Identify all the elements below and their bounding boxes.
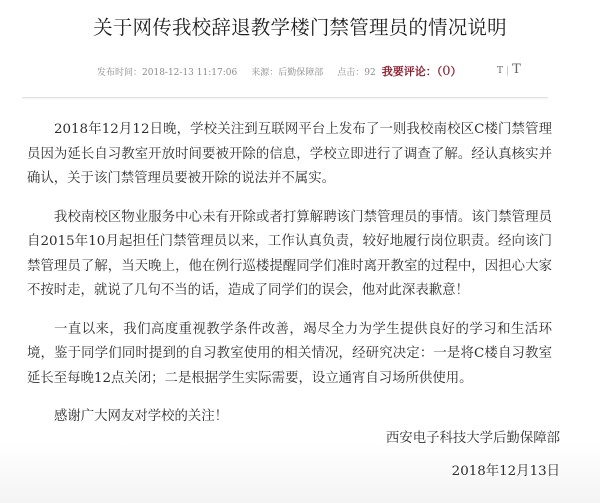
source-value: 后勤保障部 xyxy=(278,68,323,78)
article-page: 关于网传我校辞退教学楼门禁管理员的情况说明 发布时间：2018-12-13 11… xyxy=(0,0,600,503)
publish-time-value: 2018-12-13 11:17:06 xyxy=(142,68,237,78)
comment-link[interactable]: 我要评论：（0） xyxy=(382,63,462,79)
paragraph-4: 感谢广大网友对学校的关注！ xyxy=(27,405,552,430)
header-divider xyxy=(22,97,548,98)
comment-paren-close: ） xyxy=(450,65,461,78)
paragraph-2: 我校南校区物业服务中心未有开除或者打算解聘该门禁管理员的事情。该门禁管理员自20… xyxy=(27,206,552,304)
click-count-label: 点击： xyxy=(337,68,364,78)
source: 来源：后勤保障部 xyxy=(251,65,323,78)
font-size-controls: T | T xyxy=(497,62,521,77)
font-size-separator: | xyxy=(506,66,509,76)
publish-time: 发布时间：2018-12-13 11:17:06 xyxy=(97,65,237,78)
font-size-small-button[interactable]: T xyxy=(497,66,503,76)
comment-label[interactable]: 我要评论： xyxy=(382,65,437,78)
signature-date: 2018年12月13日 xyxy=(452,460,560,479)
paragraph-3: 一直以来，我们高度重视教学条件改善，竭尽全力为学生提供良好的学习和生活环境，鉴于… xyxy=(27,318,552,392)
paragraph-1: 2018年12月12日晚，学校关注到互联网平台上发布了一则我校南校区C楼门禁管理… xyxy=(27,118,552,192)
article-title: 关于网传我校辞退教学楼门禁管理员的情况说明 xyxy=(0,12,600,40)
signature: 西安电子科技大学后勤保障部 xyxy=(386,427,560,446)
publish-time-label: 发布时间： xyxy=(97,68,142,78)
click-count-value: 92 xyxy=(364,68,375,78)
font-size-large-button[interactable]: T xyxy=(512,62,521,77)
article-body: 2018年12月12日晚，学校关注到互联网平台上发布了一则我校南校区C楼门禁管理… xyxy=(27,118,552,444)
article-meta: 发布时间：2018-12-13 11:17:06 来源：后勤保障部 点击：92 … xyxy=(97,63,461,79)
click-count: 点击：92 xyxy=(337,65,375,78)
source-label: 来源： xyxy=(251,68,278,78)
